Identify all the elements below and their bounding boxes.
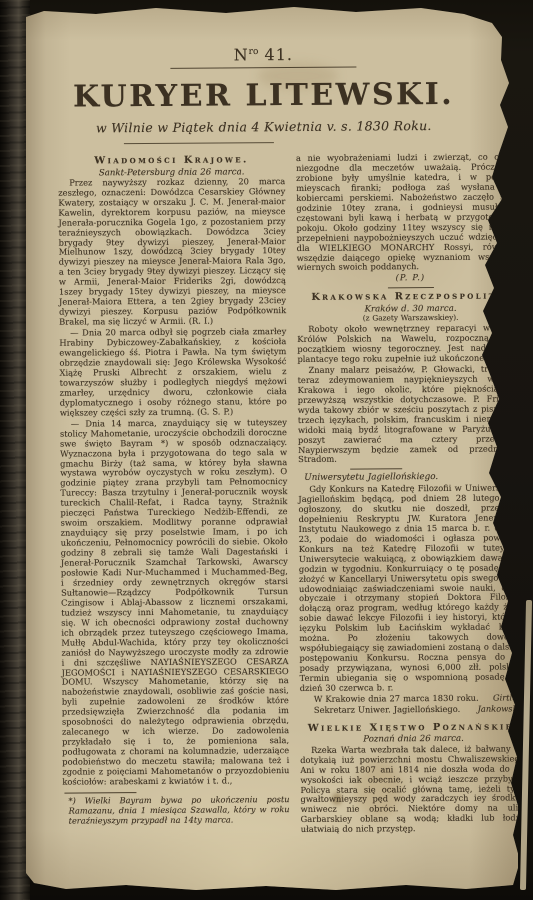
article-paragraph: — Dnia 20 marca odbył się pogrzeb ciała … [59,327,287,418]
footnote-bayram: *) Wielki Bayram bywa po ukończeniu post… [62,794,289,826]
article-paragraph: Rzeka Warta wezbrała tak dalece, iż bałw… [300,744,528,835]
signature-name-girtler: Girtler. [493,693,523,703]
issue-number: 41. [258,45,293,64]
left-column: Wiadomości Krajowe. Sankt-Petersburg dni… [58,154,290,838]
masthead-bottom-rule [124,142,274,144]
article-paragraph-continuation: a nie wyobrażeniami ludzi i zwierząt, co… [296,152,524,273]
issue-prefix: N [234,45,249,64]
article-paragraph: Roboty około wewnętrzney reparacyi w zam… [297,323,524,364]
article-paragraph: — Dnia 14 marca, znayduiący się w tuteys… [60,418,290,788]
signature-role-secretary: Sekretarz Uniwer. Jagiellońskiego. [314,705,460,716]
announcement-divider-rule [350,469,402,470]
two-column-body: Wiadomości Krajowe. Sankt-Petersburg dni… [58,152,528,838]
signature-name-jankowski: Jankowski, [478,704,523,714]
section-heading-wiadomosci-krajowe: Wiadomości Krajowe. [58,154,285,167]
masthead-rule [170,67,356,69]
issue-number-line: Nro 41. [63,44,463,66]
right-column: a nie wyobrażeniami ludzi i zwierząt, co… [296,152,528,836]
article-paragraph: Przez naywyższy rozkaz dzienny, 20 marca… [58,177,286,328]
section-heading-krakowska: Krakowska Rzeczpospolita. [297,291,524,304]
printed-content: Nro 41. KURYER LITEWSKI. w Wilnie w Piąt… [57,43,528,838]
newspaper-sheet: Nro 41. KURYER LITEWSKI. w Wilnie w Piąt… [26,5,518,891]
article-paragraph: Znany malarz peisażów, P. Głowacki, trud… [297,364,525,465]
issue-superscript: ro [249,47,259,57]
article-paragraph: Gdy Konkurs na Katedrę Filozofii w Uniwe… [298,483,526,694]
masthead-dateline: w Wilnie w Piątek dnia 4 Kwietnia v. s. … [64,118,464,136]
book-binding-strip [0,0,30,900]
newspaper-title: KURYER LITEWSKI. [63,77,463,115]
section-heading-poznanskie: Wielkie Xięstwo Poznańskie. [300,721,527,734]
source-credit: (P. P.) [297,273,524,285]
footnote-rule [64,792,136,794]
next-page-edge [520,600,532,890]
masthead: Nro 41. KURYER LITEWSKI. w Wilnie w Piąt… [63,44,464,145]
signature-line: Sekretarz Uniwer. Jagiellońskiego. Janko… [300,704,527,716]
scanned-newspaper-page: { "colors": { "background": "#15120c", "… [0,0,533,900]
section-divider-rule [387,287,433,288]
